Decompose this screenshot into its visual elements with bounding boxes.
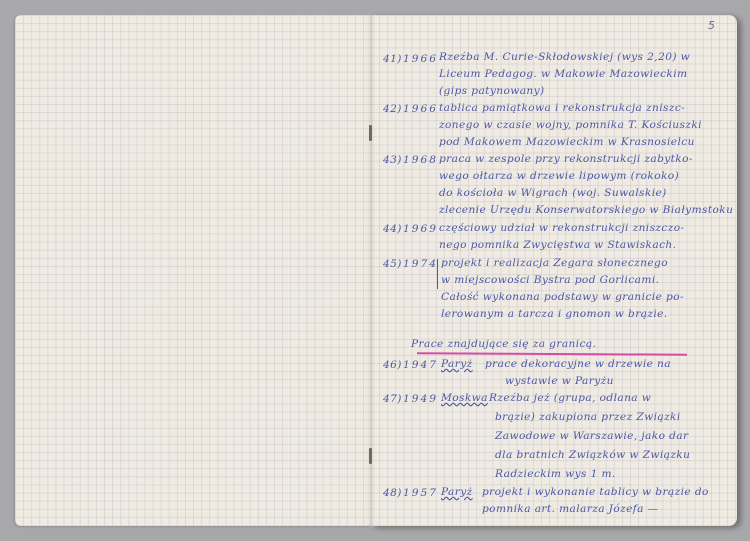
entry-year: 1969 [403,223,439,235]
entry-text-line: w miejscowości Bystra pod Gorlicami. [441,272,659,288]
notebook-spread: 5 41) 1966 Rzeźba M. Curie-Skłodowskiej … [15,15,737,526]
entry-text-line: Rzeźba jeż (grupa, odlana w [489,390,651,406]
entry-number: 46) [383,359,403,371]
entry-number: 41) [383,53,403,65]
entry-text-line: zlecenie Urzędu Konserwatorskiego w Biał… [439,202,733,218]
entry-text-line: brązie) zakupiona przez Związki [495,409,681,425]
entry-number: 43) [383,154,403,166]
page-number: 5 [708,19,715,32]
entry-text-line: Radzieckim wys 1 m. [495,466,616,482]
entry-text-line: lerowanym a tarcza i gnomon w brązie. [441,306,668,322]
entry-year: 1949 [403,393,439,405]
entry-year: 1947 [403,359,439,371]
staple-bottom [369,448,372,464]
entry-number: 42) [383,103,403,115]
bracket-mark [437,259,438,289]
entry-text-line: Całość wykonana podstawy w granicie po- [441,289,684,305]
section-heading: Prace znajdujące się za granicą. [411,338,596,350]
entry-text-line: do kościoła w Wigrach (woj. Suwalskie) [439,185,667,201]
entry-year: 1957 [403,487,439,499]
entry-year: 1968 [403,154,439,166]
entry-text-line: Liceum Pedagog. w Makowie Mazowieckim [439,66,687,82]
entry-text-line: wego ołtarza w drzewie lipowym (rokoko) [439,168,679,184]
entry-text-line: pomnika art. malarza Józefa — [482,501,659,517]
entry-number: 48) [383,487,403,499]
entry-number: 47) [383,393,403,405]
entry-number: 44) [383,223,403,235]
right-page: 5 41) 1966 Rzeźba M. Curie-Skłodowskiej … [371,15,737,526]
entry-place: Paryż [441,356,473,372]
entry-text-line: Zawodowe w Warszawie, jako dar [495,428,689,444]
entry-text-line: projekt i realizacja Zegara słonecznego [441,255,668,271]
entry-text-line: tablica pamiątkowa i rekonstrukcja znisz… [439,100,685,116]
entry-text-line: praca w zespole przy rekonstrukcji zabyt… [439,151,693,167]
entry-text-line: pod Makowem Mazowieckim w Krasnosielcu [439,134,695,150]
entry-text-line: wystawie w Paryżu [505,373,614,389]
entry-number: 45) [383,258,403,270]
staple-top [369,125,372,141]
entry-year: 1974 [403,258,439,270]
entry-text-line: częściowy udział w rekonstrukcji zniszcz… [439,220,684,236]
entry-text-line: nego pomnika Zwycięstwa w Stawiskach. [439,237,676,253]
entry-text-line: prace dekoracyjne w drzewie na [485,356,671,372]
entry-place: Moskwa [441,390,488,406]
entry-place: Paryż [441,484,473,500]
entry-text-line: (gips patynowany) [439,83,545,99]
entry-year: 1966 [403,103,439,115]
entry-text-line: projekt i wykonanie tablicy w brązie do [482,484,709,500]
entry-text-line: dla bratnich Związków w Związku [495,447,690,463]
entry-text-line: Rzeźba M. Curie-Skłodowskiej (wys 2,20) … [439,49,690,65]
entry-year: 1966 [403,53,439,65]
left-page [15,15,371,526]
entry-text-line: zonego w czasie wojny, pomnika T. Kościu… [439,117,702,133]
